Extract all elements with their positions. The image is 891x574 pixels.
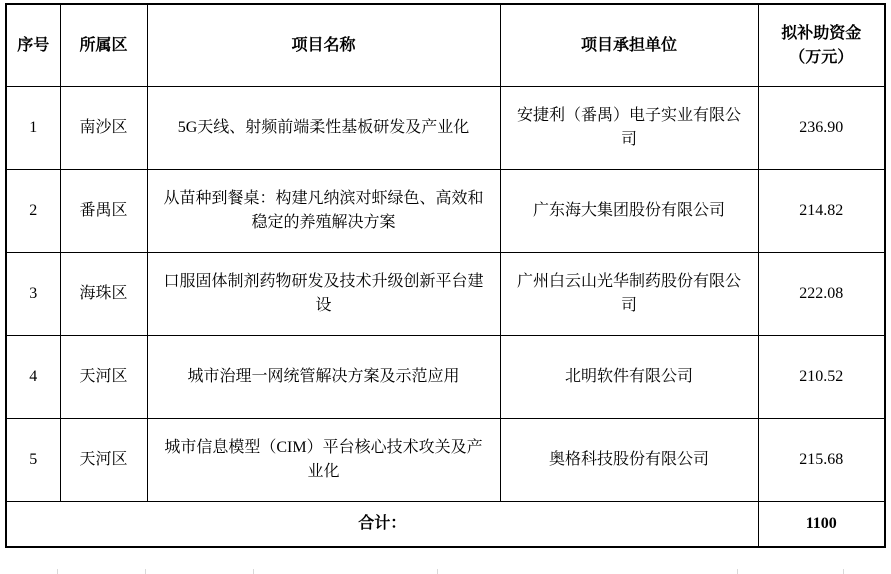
cell-unit: 北明软件有限公司 <box>500 336 758 419</box>
gridline-stub <box>437 569 438 574</box>
col-header-no: 序号 <box>6 4 60 87</box>
cell-amount: 210.52 <box>758 336 885 419</box>
cell-district: 天河区 <box>60 336 147 419</box>
cell-amount: 222.08 <box>758 253 885 336</box>
col-header-amount: 拟补助资金 （万元） <box>758 4 885 87</box>
page: 序号 所属区 项目名称 项目承担单位 拟补助资金 （万元） 1 南沙区 5G天线… <box>0 0 891 574</box>
cell-no: 2 <box>6 170 60 253</box>
col-header-unit: 项目承担单位 <box>500 4 758 87</box>
total-value: 1100 <box>758 502 885 548</box>
cell-district: 番禺区 <box>60 170 147 253</box>
table-row: 4 天河区 城市治理一网统管解决方案及示范应用 北明软件有限公司 210.52 <box>6 336 885 419</box>
cell-district: 南沙区 <box>60 87 147 170</box>
col-header-project: 项目名称 <box>147 4 500 87</box>
cell-unit: 奥格科技股份有限公司 <box>500 419 758 502</box>
cell-project: 城市信息模型（CIM）平台核心技术攻关及产业化 <box>147 419 500 502</box>
gridline-stub <box>145 569 146 574</box>
cell-unit: 安捷利（番禺）电子实业有限公司 <box>500 87 758 170</box>
gridline-stub <box>737 569 738 574</box>
cell-no: 1 <box>6 87 60 170</box>
cell-no: 4 <box>6 336 60 419</box>
gridline-stub <box>843 569 844 574</box>
cell-unit: 广州白云山光华制药股份有限公司 <box>500 253 758 336</box>
cell-unit: 广东海大集团股份有限公司 <box>500 170 758 253</box>
header-row: 序号 所属区 项目名称 项目承担单位 拟补助资金 （万元） <box>6 4 885 87</box>
cell-project: 口服固体制剂药物研发及技术升级创新平台建设 <box>147 253 500 336</box>
total-label: 合计： <box>6 502 758 548</box>
cell-district: 天河区 <box>60 419 147 502</box>
cell-amount: 214.82 <box>758 170 885 253</box>
table-row: 3 海珠区 口服固体制剂药物研发及技术升级创新平台建设 广州白云山光华制药股份有… <box>6 253 885 336</box>
cell-amount: 236.90 <box>758 87 885 170</box>
table-row: 1 南沙区 5G天线、射频前端柔性基板研发及产业化 安捷利（番禺）电子实业有限公… <box>6 87 885 170</box>
cell-amount: 215.68 <box>758 419 885 502</box>
cell-no: 3 <box>6 253 60 336</box>
gridline-stub <box>57 569 58 574</box>
cell-no: 5 <box>6 419 60 502</box>
cell-project: 5G天线、射频前端柔性基板研发及产业化 <box>147 87 500 170</box>
table-row: 5 天河区 城市信息模型（CIM）平台核心技术攻关及产业化 奥格科技股份有限公司… <box>6 419 885 502</box>
col-header-district: 所属区 <box>60 4 147 87</box>
subsidy-table: 序号 所属区 项目名称 项目承担单位 拟补助资金 （万元） 1 南沙区 5G天线… <box>5 3 886 548</box>
table-row: 2 番禺区 从苗种到餐桌：构建凡纳滨对虾绿色、高效和稳定的养殖解决方案 广东海大… <box>6 170 885 253</box>
cell-project: 从苗种到餐桌：构建凡纳滨对虾绿色、高效和稳定的养殖解决方案 <box>147 170 500 253</box>
total-row: 合计： 1100 <box>6 502 885 548</box>
cell-project: 城市治理一网统管解决方案及示范应用 <box>147 336 500 419</box>
gridline-stub <box>253 569 254 574</box>
cell-district: 海珠区 <box>60 253 147 336</box>
